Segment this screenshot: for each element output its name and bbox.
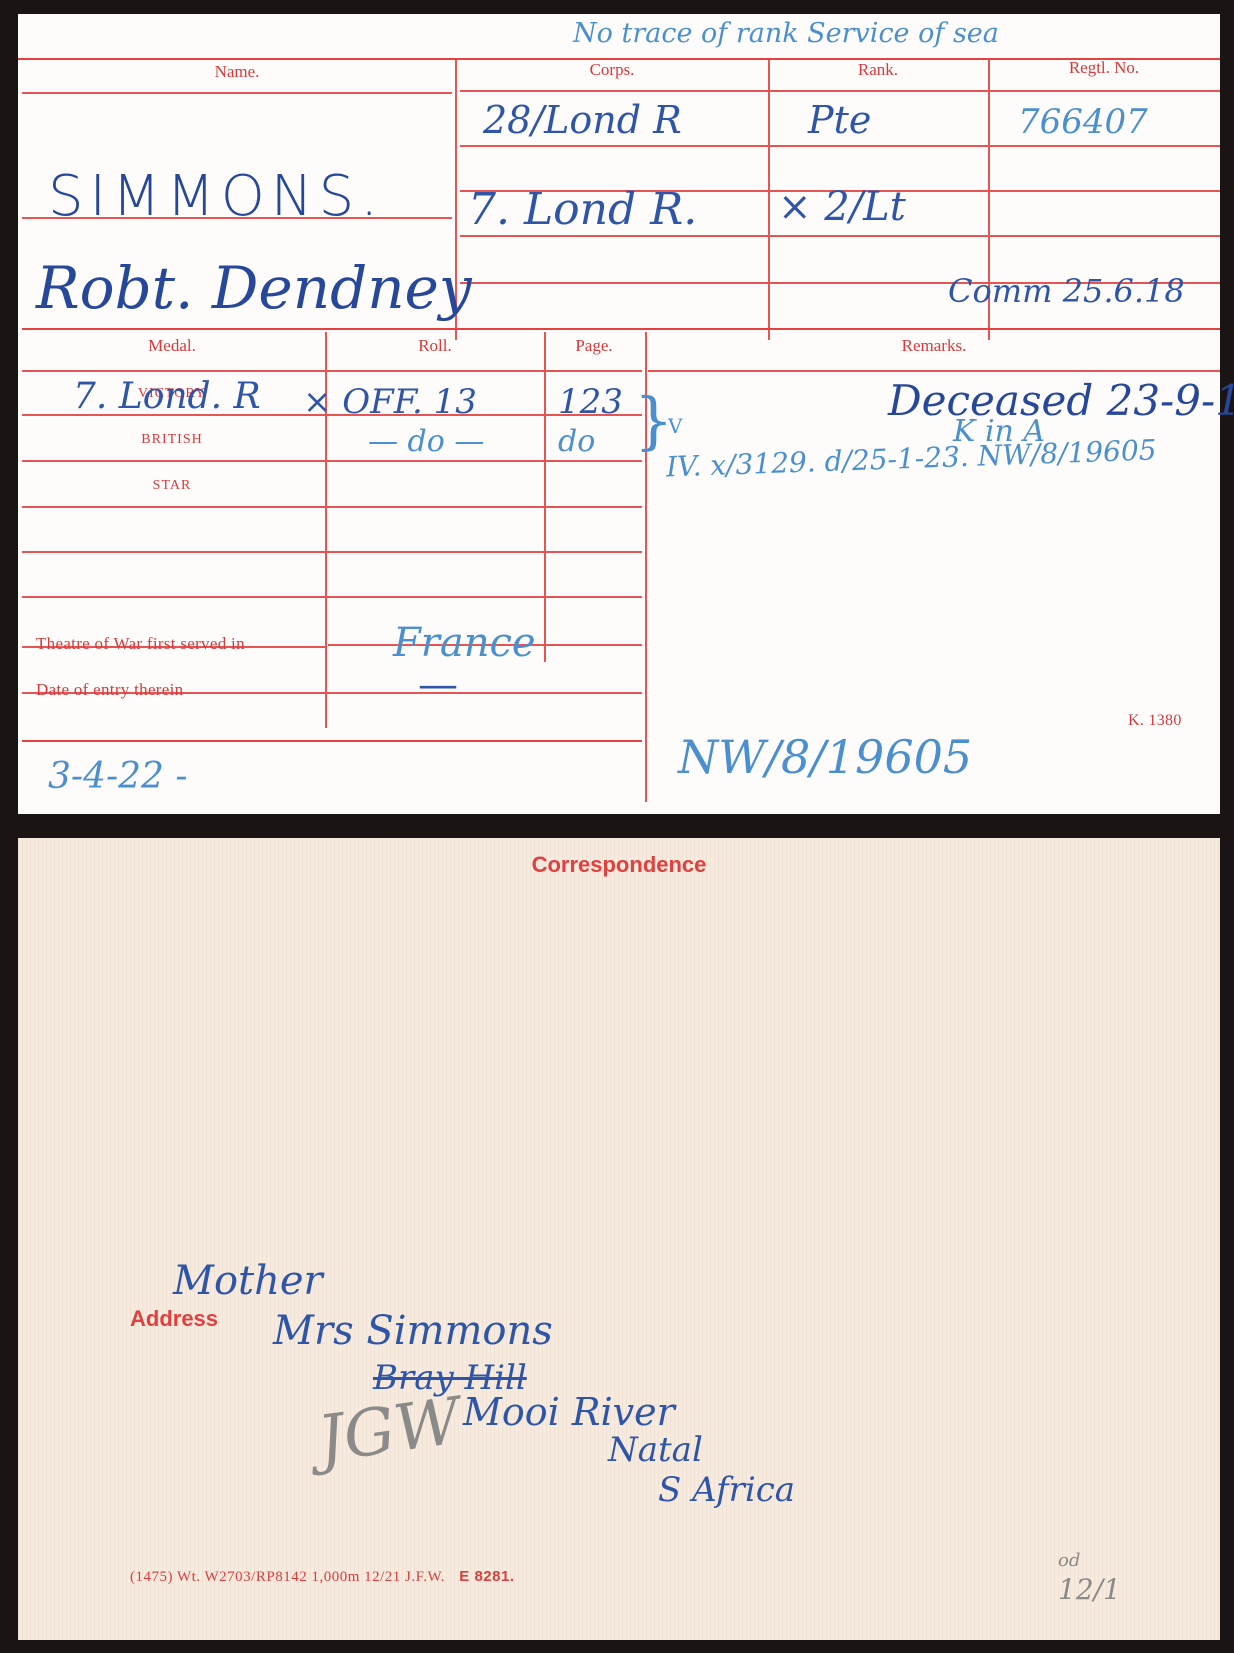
medal-index-card-front: No trace of rank Service of sea Name. Co… <box>18 14 1220 814</box>
surname: SIMMONS. <box>48 164 384 229</box>
bottom-reference: NW/8/19605 <box>678 730 972 784</box>
address-line1: Mooi River <box>463 1390 675 1434</box>
roll-british: — do — <box>368 424 484 459</box>
address-line3: S Africa <box>658 1470 795 1510</box>
page-victory: 123 <box>558 382 623 422</box>
medal-unit-note: 7. Lond. R <box>73 376 261 417</box>
printer-imprint-code: E 8281. <box>459 1568 514 1585</box>
rank-1: Pte <box>808 98 871 142</box>
header-rank: Rank. <box>768 60 988 80</box>
remarks-deceased: Deceased 23-9-18 <box>888 376 1234 425</box>
rule-name-h1 <box>22 92 452 94</box>
pencil-initials: JGW <box>314 1384 465 1477</box>
remarks-roman-mark: V <box>668 414 682 438</box>
rule-remarks-h1 <box>648 370 1220 372</box>
rule-medal-h6 <box>22 596 642 598</box>
rule-medal-h3 <box>22 460 642 462</box>
header-page: Page. <box>544 336 644 356</box>
entry-date-label: Date of entry therein <box>36 680 183 700</box>
rule-v-roll-page <box>544 332 546 662</box>
rule-v-corps-rank <box>768 60 770 340</box>
header-roll: Roll. <box>326 336 544 356</box>
form-number: K. 1380 <box>1128 712 1182 730</box>
regtl-no-1: 766407 <box>1018 102 1148 142</box>
address-name: Mrs Simmons <box>273 1308 553 1354</box>
bottom-date: 3-4-22 - <box>48 756 188 797</box>
address-relation: Mother <box>173 1258 323 1304</box>
medal-british: British <box>18 432 326 448</box>
forenames: Robt. Dendney <box>36 254 472 322</box>
rule-medal-h4 <box>22 506 642 508</box>
header-regtl-no: Regtl. No. <box>988 58 1220 78</box>
rule-medal-h5 <box>22 551 642 553</box>
rule-middle <box>22 328 1220 330</box>
medal-index-card-back: Correspondence Address Mother Mrs Simmon… <box>18 838 1220 1640</box>
entry-date-value: — <box>418 662 458 708</box>
address-line2: Natal <box>608 1430 703 1470</box>
rule-row-h2 <box>460 145 1220 147</box>
printer-imprint-text: (1475) Wt. W2703/RP8142 1,000m 12/21 J.F… <box>130 1569 445 1585</box>
header-corps: Corps. <box>456 60 768 80</box>
rank-2: × 2/Lt <box>778 184 906 230</box>
commission-note: Comm 25.6.18 <box>948 272 1185 310</box>
medal-star: Star <box>18 478 326 494</box>
theatre-value: France <box>393 620 536 666</box>
theatre-label: Theatre of War first served in <box>36 634 245 654</box>
remarks-reference: IV. x/3129. d/25-1-23. NW/8/19605 <box>666 433 1158 483</box>
correspondence-title: Correspondence <box>18 852 1220 878</box>
address-label: Address <box>130 1306 218 1332</box>
corner-note-bottom: 12/1 <box>1058 1573 1121 1606</box>
corps-2: 7. Lond R. <box>468 184 697 235</box>
rule-medal-h1 <box>22 370 642 372</box>
rule-row-h4 <box>460 235 1220 237</box>
header-name: Name. <box>18 62 456 82</box>
corps-1: 28/Lond R <box>483 98 682 142</box>
header-remarks: Remarks. <box>648 336 1220 356</box>
printer-imprint: (1475) Wt. W2703/RP8142 1,000m 12/21 J.F… <box>130 1568 515 1586</box>
corner-note-top: od <box>1058 1550 1080 1571</box>
rule-bottom <box>22 740 642 742</box>
page-british: do <box>558 424 595 459</box>
roll-victory: × OFF. 13 <box>303 382 477 422</box>
top-note: No trace of rank Service of sea <box>573 18 999 49</box>
rule-row-h1 <box>460 90 1220 92</box>
header-medal: Medal. <box>18 336 326 356</box>
